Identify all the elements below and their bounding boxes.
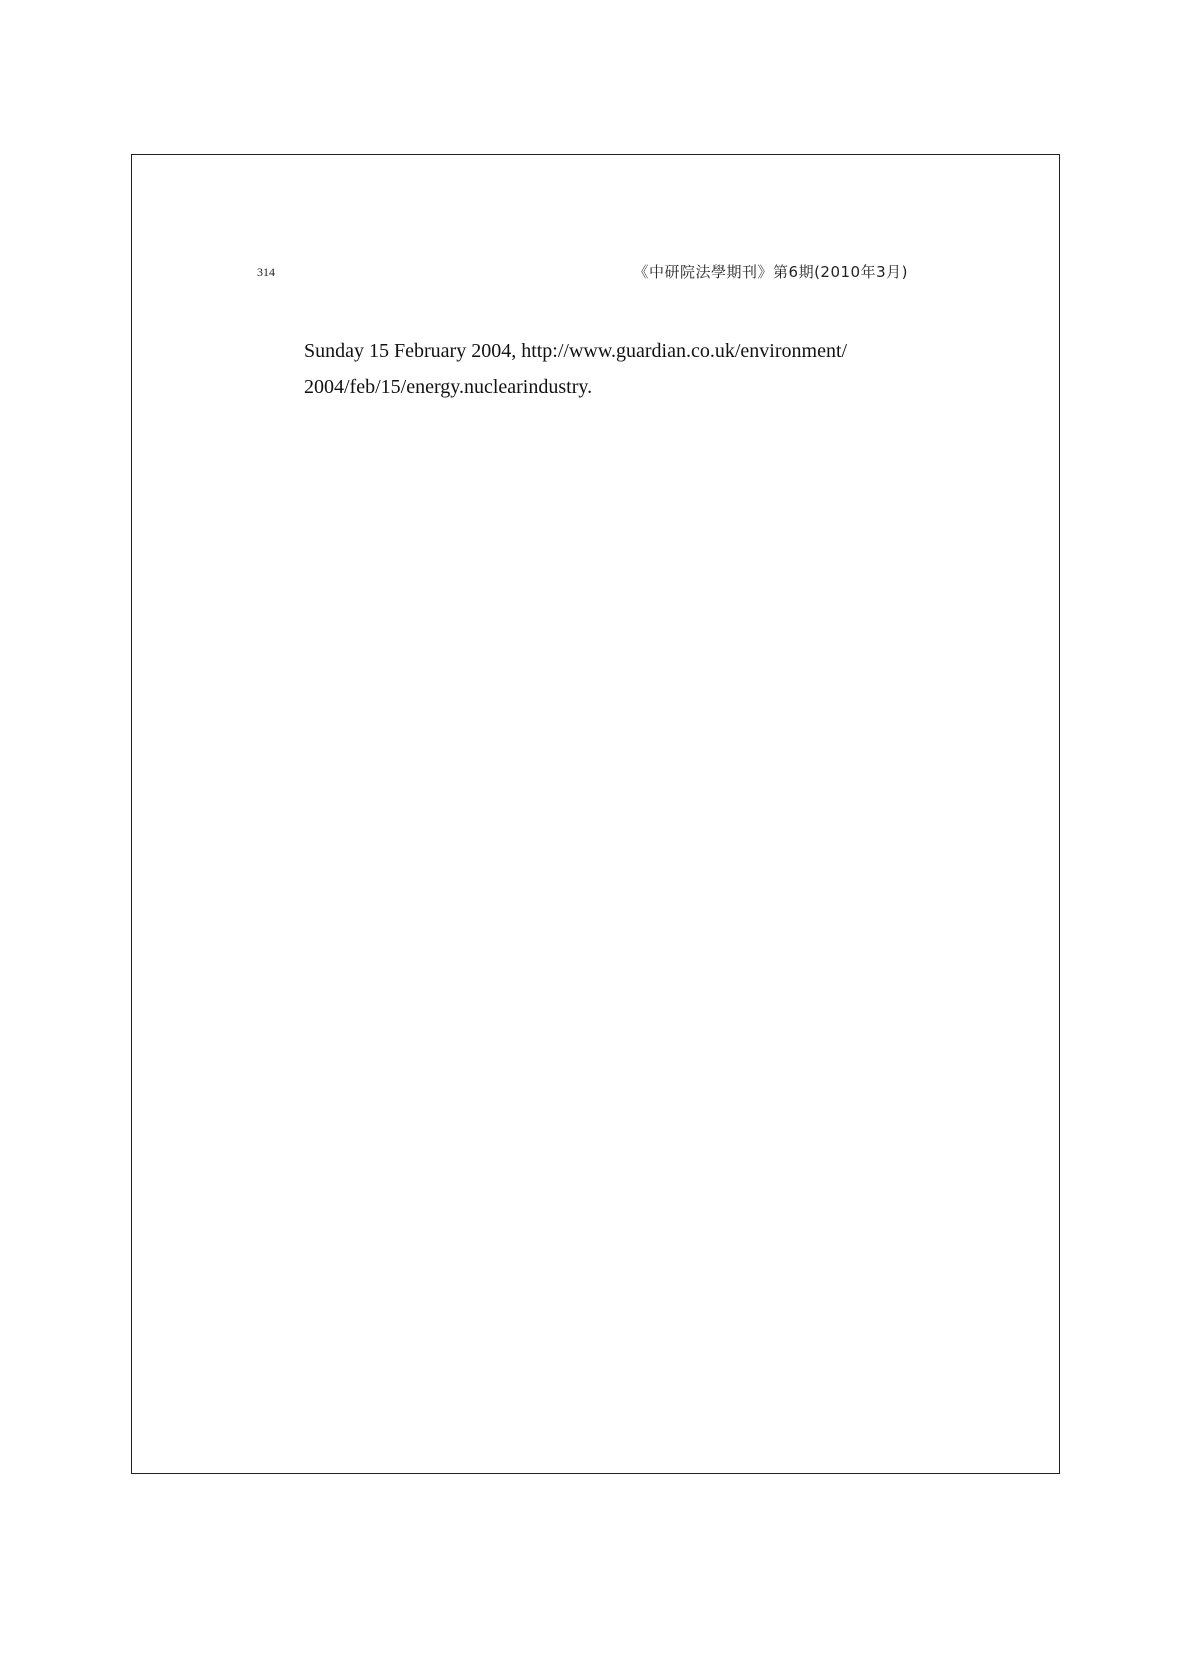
footnote-line: Sunday 15 February 2004, http://www.guar… — [304, 333, 924, 369]
footnote-text: Sunday 15 February 2004, http://www.guar… — [304, 333, 924, 405]
footnote-line: 2004/feb/15/energy.nuclearindustry. — [304, 369, 924, 405]
journal-title: 《中研院法學期刊》 — [634, 263, 774, 281]
running-header: 《中研院法學期刊》第6期(2010年3月) — [634, 262, 908, 282]
page-number: 314 — [257, 264, 275, 280]
issue-date: (2010年3月) — [814, 263, 908, 281]
issue-number: 第6期 — [773, 263, 814, 281]
